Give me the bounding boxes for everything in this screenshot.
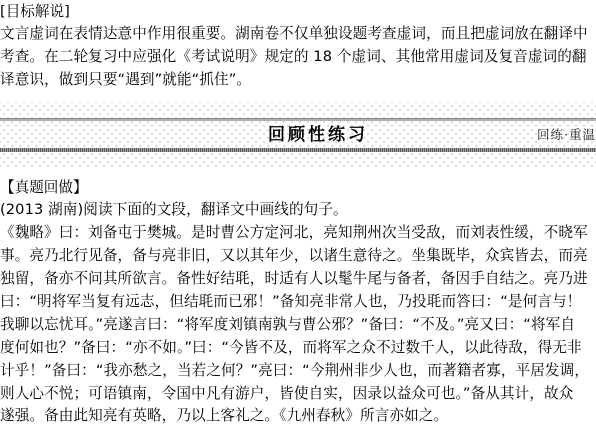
review-heading: 【真题回做】 xyxy=(0,177,88,199)
passage-line-8: 则人心不悦；可语镇南，令国中凡有游户，皆使自实，因录以益众可也。”备从其计，故众 xyxy=(0,383,573,405)
passage-line-3: 独留，备亦不问其所欲言。备性好结毦，时适有人以髦牛尾与备者，备因手自结之。亮乃进 xyxy=(0,268,588,290)
objective-line-2: 考查。在二轮复习中应强化《考试说明》规定的 18 个虚词、其他常用虚词及复音虚词… xyxy=(0,46,587,68)
question-prompt: (2013 湖南)阅读下面的文段，翻译文中画线的句子。 xyxy=(0,199,348,221)
passage-line-4: 曰：“明将军当复有远志，但结毦而已邪！”备知亮非常人也，乃投毦而答曰：“是何言与… xyxy=(0,291,581,313)
banner-bottom-rule xyxy=(0,148,596,152)
banner-title-text: 回顾性练习 xyxy=(228,125,368,145)
passage-line-1: 《魏略》曰：刘备屯于樊城。是时曹公方定河北，亮知荆州次当受敌，而刘表性缓，不晓军 xyxy=(0,222,588,244)
passage-line-2: 事。亮乃北行见备，备与亮非旧，又以其年少，以诸生意待之。坐集既毕，众宾皆去，而亮 xyxy=(0,245,588,267)
banner-title: 回顾性练习 xyxy=(0,122,596,148)
objective-line-3: 译意识，做到只要“遇到”就能“抓住”。 xyxy=(0,69,251,91)
passage-line-6: 度何如也？”备曰：“亦不如。”曰：“今皆不及，而将军之众不过数千人，以此待敌，得… xyxy=(0,337,582,359)
banner-top-rule xyxy=(0,118,596,121)
passage-line-7: 计乎！”备曰：“我亦愁之，当若之何？”亮曰：“今荆州非少人也，而著籍者寡，平居发… xyxy=(0,360,589,382)
objective-heading: [目标解说] xyxy=(0,1,70,23)
banner-subtitle: 回练·重温 xyxy=(537,124,596,146)
passage-line-9: 遂强。备由此知亮有英略，乃以上客礼之。《九州春秋》所言亦如之。 xyxy=(0,405,448,425)
passage-line-5: 我聊以忘忧耳。”亮遂言曰：“将军度刘镇南孰与曹公邪？”备曰：“不及。”亮又曰：“… xyxy=(0,314,575,336)
objective-line-1: 文言虚词在表情达意中作用很重要。湖南卷不仅单独设题考查虚词，而且把虚词放在翻译中 xyxy=(0,23,588,45)
